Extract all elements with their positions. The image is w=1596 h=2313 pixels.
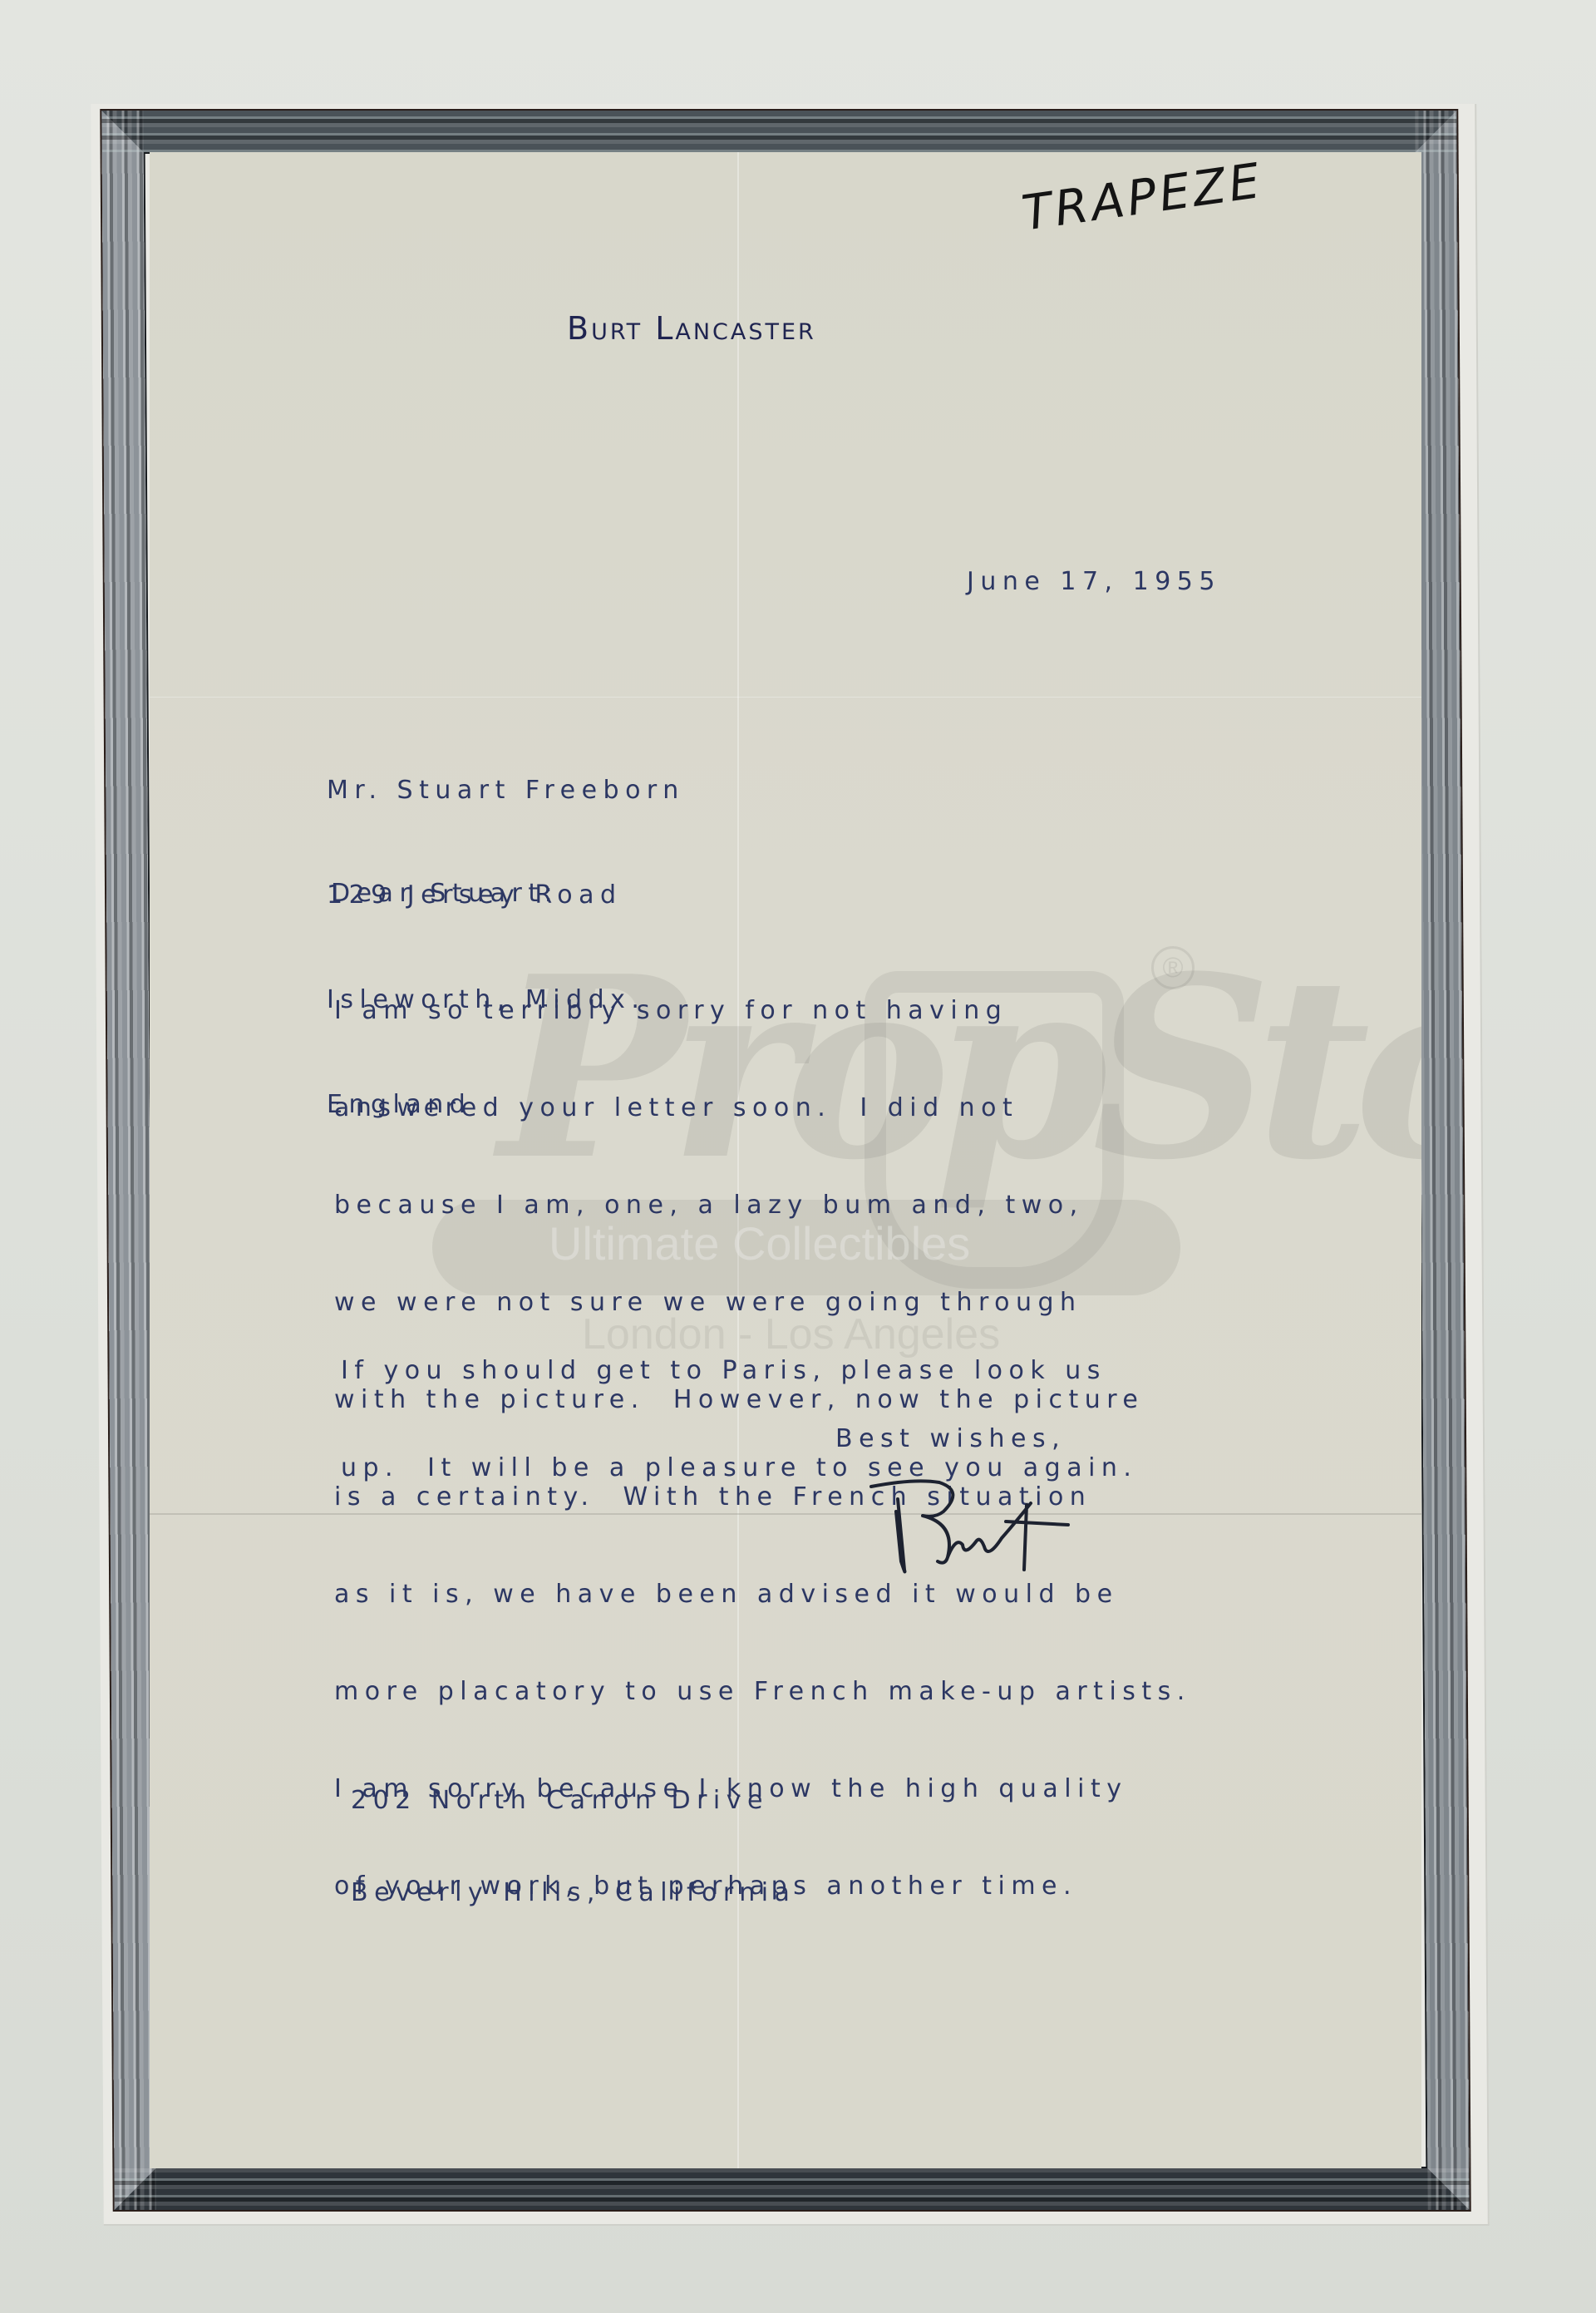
closing: Best wishes,	[835, 1423, 1066, 1455]
return-address-line-2: Beverly Hills, California	[351, 1877, 796, 1908]
salutation: Dear Stuart:	[331, 877, 559, 910]
letter-paper: PropStore ® Ultimate Collectibles London…	[150, 152, 1421, 2168]
recipient-name: Mr. Stuart Freeborn	[327, 773, 685, 808]
handwritten-annotation: TRAPEZE	[1018, 152, 1266, 242]
signature: Burt	[864, 1478, 1081, 1578]
letterhead-name: Burt Lancaster	[567, 310, 816, 347]
body-line: more placatory to use French make-up art…	[334, 1675, 1191, 1708]
return-address-line-1: 202 North Canon Drive	[351, 1785, 796, 1816]
body-line: as it is, we have been advised it would …	[334, 1578, 1191, 1610]
letter-date: June 17, 1955	[967, 565, 1221, 598]
upper-fold-line	[150, 697, 1421, 698]
body-line: answered your letter soon. I did not	[334, 1092, 1191, 1124]
body-line: If you should get to Paris, please look …	[341, 1354, 1137, 1387]
body-line: because I am, one, a lazy bum and, two,	[334, 1189, 1191, 1221]
return-address: 202 North Canon Drive Beverly Hills, Cal…	[351, 1724, 796, 1970]
body-line: I am so terribly sorry for not having	[334, 994, 1191, 1027]
